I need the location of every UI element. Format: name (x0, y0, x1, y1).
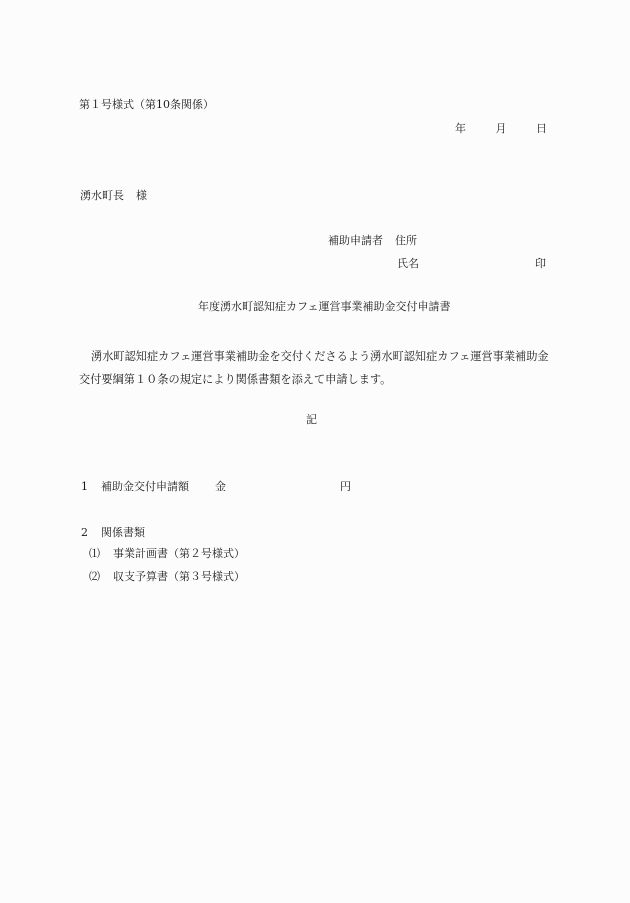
addressee: 湧水町長様 (80, 190, 147, 201)
item-number: 1 (81, 481, 101, 492)
address-label: 住所 (395, 234, 417, 247)
item-number: 2 (81, 527, 101, 538)
seal-mark: 印 (535, 258, 546, 269)
item-label: 補助金交付申請額 (101, 481, 189, 492)
application-body-text: 湧水町認知症カフェ運営事業補助金を交付くださるよう湧水町認知症カフェ運営事業補助… (79, 345, 549, 391)
sub-item-label: 収支予算書（第３号様式） (113, 570, 245, 583)
ki-heading: 記 (306, 414, 317, 425)
date-month-label: 月 (496, 123, 507, 134)
name-label: 氏名 (397, 257, 419, 270)
item-related-documents: 2関係書類 (81, 527, 145, 538)
addressee-name: 湧水町長 (80, 189, 124, 202)
applicant-address-row: 補助申請者住所 (328, 235, 417, 246)
item-label: 関係書類 (101, 526, 145, 539)
date-day-label: 日 (536, 123, 547, 134)
sub-item-budget: ⑵収支予算書（第３号様式） (89, 571, 245, 582)
applicant-label: 補助申請者 (328, 235, 383, 246)
addressee-honorific: 様 (136, 189, 147, 202)
sub-item-label: 事業計画書（第２号様式） (113, 547, 245, 560)
currency-suffix: 円 (340, 480, 351, 493)
date-year-label: 年 (455, 123, 466, 134)
item-subsidy-amount: 1補助金交付申請額金円 (81, 481, 351, 492)
form-number: 第１号様式（第10条関係） (79, 99, 214, 110)
date-line: 年 月 日 (455, 123, 547, 134)
sub-item-number: ⑵ (89, 571, 113, 582)
applicant-name-row: 氏名 (397, 258, 419, 269)
document-title: 年度湧水町認知症カフェ運営事業補助金交付申請書 (198, 301, 450, 312)
currency-prefix: 金 (215, 481, 226, 492)
sub-item-number: ⑴ (89, 548, 113, 559)
sub-item-business-plan: ⑴事業計画書（第２号様式） (89, 548, 245, 559)
